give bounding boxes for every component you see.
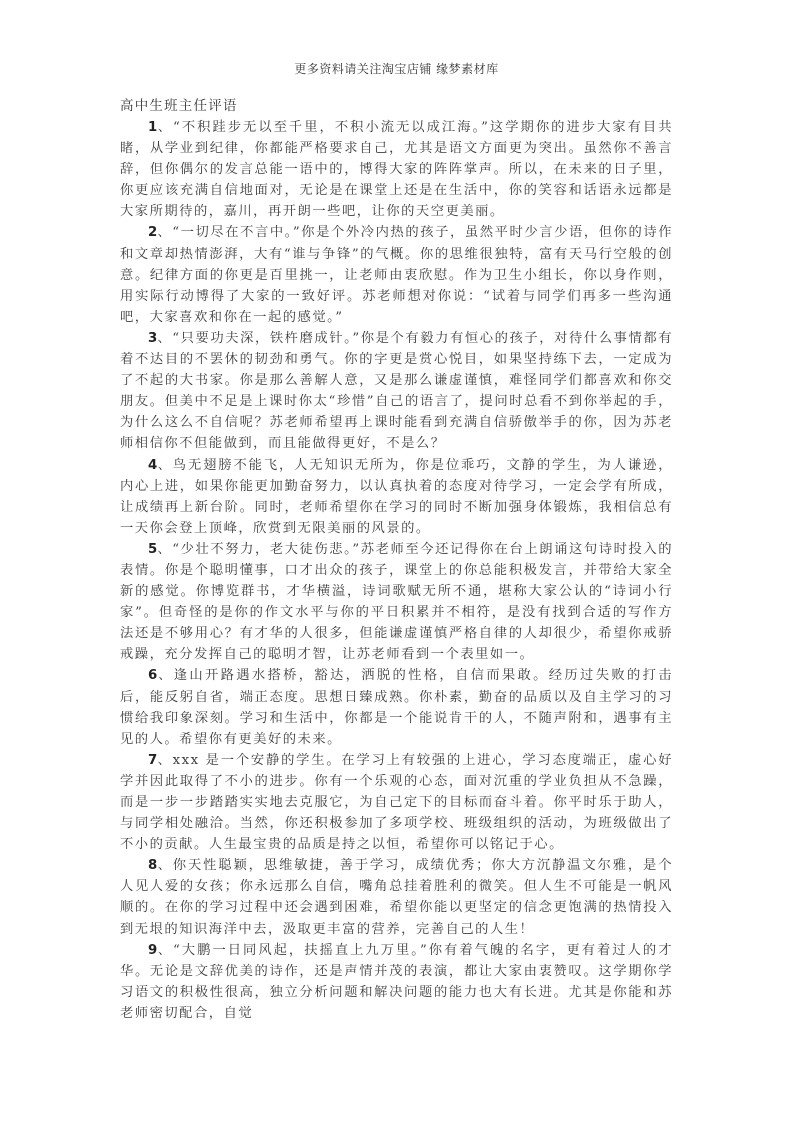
comment-paragraph-4: 4、鸟无翅膀不能飞，人无知识无所为，你是位乖巧，文静的学生，为人谦逊，内心上进，… bbox=[120, 455, 673, 539]
comment-text: 、“一切尽在不言中。”你是个外冷内热的孩子，虽然平时少言少语，但你的诗作和文章却… bbox=[120, 225, 673, 324]
comment-paragraph-8: 8、你天性聪颖，思维敏捷，善于学习，成绩优秀；你大方沉静温文尔雅，是个人见人爱的… bbox=[120, 855, 673, 939]
comment-text: 、xxx 是一个安静的学生。在学习上有较强的上进心，学习态度端正，虚心好学并因此… bbox=[120, 753, 673, 852]
comment-paragraph-9: 9、“大鹏一日同风起，扶摇直上九万里。”你有着气魄的名字，更有着过人的才华。无论… bbox=[120, 940, 673, 1024]
comment-number: 6 bbox=[148, 668, 157, 683]
comment-text: 、你天性聪颖，思维敏捷，善于学习，成绩优秀；你大方沉静温文尔雅，是个人见人爱的女… bbox=[120, 858, 673, 936]
comment-text: 、逢山开路遇水搭桥，豁达，洒脱的性格，自信而果敢。经历过失败的打击后，能反躬自省… bbox=[120, 668, 673, 746]
page-header-promo: 更多资料请关注淘宝店铺 缘梦素材库 bbox=[0, 60, 793, 77]
comment-paragraph-7: 7、xxx 是一个安静的学生。在学习上有较强的上进心，学习态度端正，虚心好学并因… bbox=[120, 750, 673, 855]
comment-text: 、“不积跬步无以至千里，不积小流无以成江海。”这学期你的进步大家有目共睹，从学业… bbox=[120, 120, 673, 219]
comment-paragraph-6: 6、逢山开路遇水搭桥，豁达，洒脱的性格，自信而果敢。经历过失败的打击后，能反躬自… bbox=[120, 665, 673, 749]
document-title: 高中生班主任评语 bbox=[120, 96, 673, 117]
comment-number: 7 bbox=[148, 753, 157, 768]
comment-number: 5 bbox=[148, 542, 157, 557]
comment-number: 4 bbox=[148, 458, 157, 473]
comment-paragraph-3: 3、“只要功夫深，铁杵磨成针。”你是个有毅力有恒心的孩子，对待什么事情都有着不达… bbox=[120, 328, 673, 455]
comment-text: 、“少壮不努力，老大徒伤悲。”苏老师至今还记得你在台上朗诵这句诗时投入的表情。你… bbox=[120, 542, 673, 662]
comment-text: 、“大鹏一日同风起，扶摇直上九万里。”你有着气魄的名字，更有着过人的才华。无论是… bbox=[120, 943, 673, 1021]
comment-number: 8 bbox=[148, 858, 157, 873]
comment-paragraph-5: 5、“少壮不努力，老大徒伤悲。”苏老师至今还记得你在台上朗诵这句诗时投入的表情。… bbox=[120, 539, 673, 666]
comment-number: 9 bbox=[148, 943, 157, 958]
comment-paragraph-2: 2、“一切尽在不言中。”你是个外冷内热的孩子，虽然平时少言少语，但你的诗作和文章… bbox=[120, 222, 673, 327]
comment-number: 3 bbox=[148, 331, 157, 346]
comment-text: 、“只要功夫深，铁杵磨成针。”你是个有毅力有恒心的孩子，对待什么事情都有着不达目… bbox=[120, 331, 673, 451]
comment-number: 1 bbox=[148, 120, 157, 135]
document-body: 高中生班主任评语 1、“不积跬步无以至千里，不积小流无以成江海。”这学期你的进步… bbox=[120, 96, 673, 1024]
comment-text: 、鸟无翅膀不能飞，人无知识无所为，你是位乖巧，文静的学生，为人谦逊，内心上进，如… bbox=[120, 458, 673, 536]
comment-number: 2 bbox=[148, 225, 157, 240]
comment-paragraph-1: 1、“不积跬步无以至千里，不积小流无以成江海。”这学期你的进步大家有目共睹，从学… bbox=[120, 117, 673, 222]
